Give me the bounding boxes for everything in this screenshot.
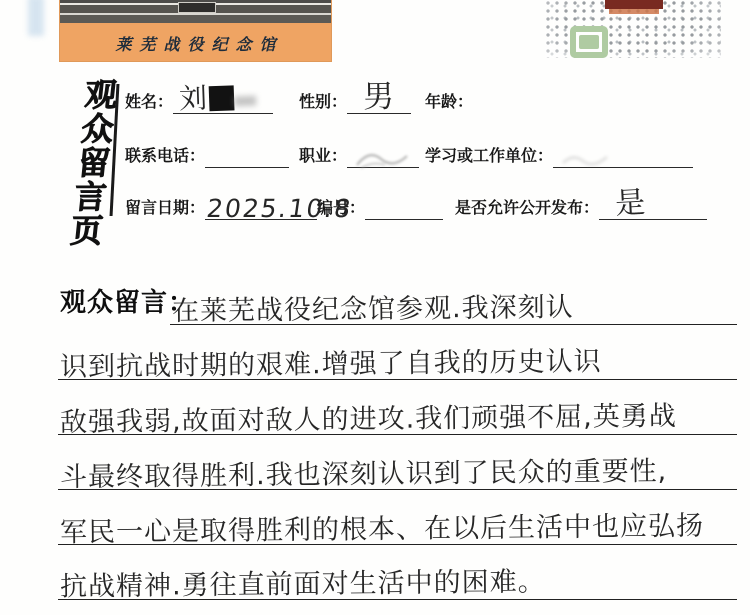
- message-line-3: 敌强我弱,故面对敌人的进攻.我们顽强不屈,英勇战: [58, 398, 737, 435]
- publish-label: 是否允许公开发布：: [455, 195, 599, 220]
- name-underline: 刘: [173, 83, 273, 114]
- building-illustration-icon: [60, 0, 331, 23]
- date-underline: 2025.10.8: [205, 189, 317, 220]
- qr-logo-badge: [605, 0, 663, 9]
- message-text-5: 军民一心是取得胜利的根本、在以后生活中也应弘扬: [60, 504, 704, 550]
- page-title-vertical: 观众留言页: [47, 78, 117, 248]
- gender-label: 性别：: [299, 89, 347, 114]
- message-text-2: 识到抗战时期的艰难.增强了自我的历史认识: [60, 339, 602, 384]
- gender-underline: 男: [347, 83, 411, 114]
- message-line-6: 抗战精神.勇往直前面对生活中的困难。: [58, 563, 737, 600]
- message-line-4: 斗最终取得胜利.我也深刻认识到了民众的重要性,: [58, 453, 737, 490]
- date-value: 2025.10.8: [205, 194, 354, 223]
- publish-value: 是: [614, 177, 646, 223]
- museum-name: 莱芜战役纪念馆: [59, 32, 332, 55]
- form-row-2: 联系电话： 职业： 学习或工作单位：: [125, 134, 693, 168]
- museum-banner: 莱芜战役纪念馆: [59, 0, 332, 62]
- message-line-2: 识到抗战时期的艰难.增强了自我的历史认识: [58, 343, 737, 380]
- gender-value: 男: [363, 71, 395, 117]
- message-text-6: 抗战精神.勇往直前面对生活中的困难。: [60, 559, 546, 603]
- message-text-3: 敌强我弱,故面对敌人的进攻.我们顽强不屈,英勇战: [60, 394, 677, 439]
- message-text-1: 在莱芜战役纪念馆参观.我深刻认: [172, 285, 574, 328]
- workunit-smudge: [557, 149, 627, 171]
- occupation-underline: [347, 137, 419, 168]
- name-smudge: [234, 96, 256, 107]
- name-label: 姓名：: [125, 89, 173, 114]
- form-row-1: 姓名： 刘 性别： 男 年龄：: [125, 80, 473, 114]
- name-text: 刘: [179, 81, 208, 115]
- message-line-5: 军民一心是取得胜利的根本、在以后生活中也应弘扬: [58, 508, 737, 545]
- occupation-label: 职业：: [299, 143, 347, 168]
- phone-underline: [205, 137, 289, 168]
- message-text-4: 斗最终取得胜利.我也深刻认识到了民众的重要性,: [60, 449, 668, 494]
- publish-underline: 是: [599, 189, 707, 220]
- age-label: 年龄：: [425, 89, 473, 114]
- message-line-1: 在莱芜战役纪念馆参观.我深刻认: [170, 288, 737, 325]
- scan-smudge: [28, 0, 44, 36]
- qr-finder-pattern: [570, 26, 608, 58]
- phone-label: 联系电话：: [125, 143, 205, 168]
- qr-logo-badge-text: [609, 9, 659, 14]
- date-label: 留言日期：: [125, 195, 205, 220]
- occupation-smudge: [351, 147, 413, 171]
- building-plaque: [178, 2, 216, 13]
- qr-code-icon: [545, 0, 721, 58]
- form-row-3: 留言日期： 2025.10.8 编号： 是否允许公开发布： 是: [125, 186, 707, 220]
- workunit-underline: [553, 137, 693, 168]
- scanned-visitor-message-page: 莱芜战役纪念馆 观众留言页 姓名： 刘 性别： 男 年龄： 联系电话： 职业：: [0, 0, 750, 615]
- qr-finder-inner: [579, 35, 599, 49]
- number-underline: [365, 189, 443, 220]
- workunit-label: 学习或工作单位：: [425, 143, 553, 168]
- redaction-box: [209, 85, 235, 111]
- name-value: 刘: [178, 75, 256, 118]
